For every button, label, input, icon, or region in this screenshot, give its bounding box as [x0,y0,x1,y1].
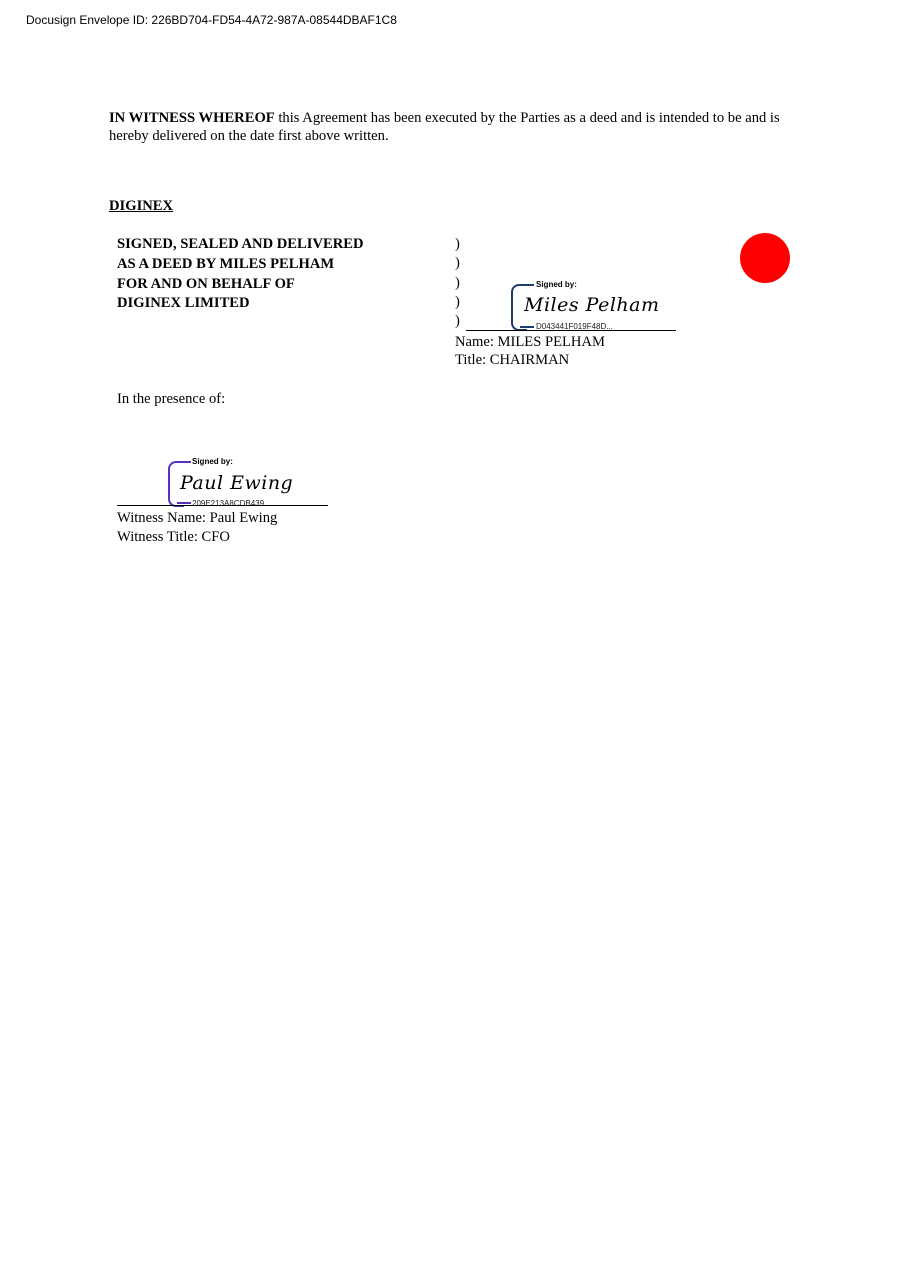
execution-block: SIGNED, SEALED AND DELIVERED AS A DEED B… [117,235,364,314]
bracket: ) [455,235,460,254]
signature-line [466,330,676,331]
red-dot-marker [740,233,790,283]
signature-frame-tick [177,502,191,504]
bracket: ) [455,293,460,312]
bracket: ) [455,312,460,331]
signature-frame-tick [520,284,534,286]
witness-name: Witness Name: Paul Ewing [117,509,277,528]
signed-by-label: Signed by: [192,457,233,466]
bracket-column: ) ) ) ) ) [455,235,460,331]
witness-details: Witness Name: Paul Ewing Witness Title: … [117,509,277,547]
witness-signature: Paul Ewing [180,472,293,494]
signature-frame-tick [177,461,191,463]
signed-by-label: Signed by: [536,280,577,289]
signature-frame-tick [520,326,534,328]
presence-label: In the presence of: [117,391,225,408]
signer-name: Name: MILES PELHAM [455,333,605,351]
signature-id: 209E213A8CDB439... [192,499,271,508]
witness-title: Witness Title: CFO [117,528,277,547]
signer-details: Name: MILES PELHAM Title: CHAIRMAN [455,333,605,369]
witness-clause-lead: IN WITNESS WHEREOF [109,110,275,126]
party-heading: DIGINEX [109,198,173,215]
witness-clause: IN WITNESS WHEREOF this Agreement has be… [109,109,809,145]
bracket: ) [455,274,460,293]
execution-line: SIGNED, SEALED AND DELIVERED [117,235,364,255]
execution-line: FOR AND ON BEHALF OF [117,275,364,295]
signer-title: Title: CHAIRMAN [455,351,605,369]
envelope-id: Docusign Envelope ID: 226BD704-FD54-4A72… [26,13,397,27]
witness-signature-line [117,505,328,506]
bracket: ) [455,254,460,273]
signer-signature: Miles Pelham [524,294,659,316]
execution-line: AS A DEED BY MILES PELHAM [117,255,364,275]
execution-line: DIGINEX LIMITED [117,294,364,314]
